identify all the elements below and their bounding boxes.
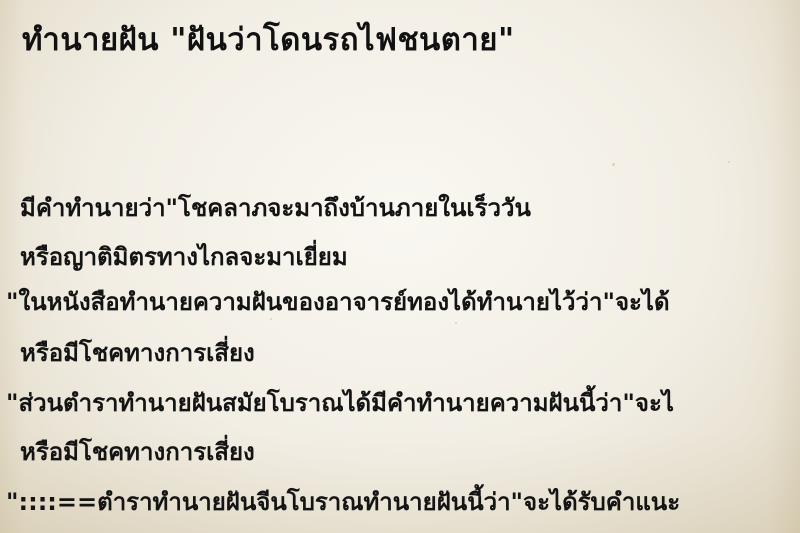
prophecy-line-1: มีคำทำนายว่า"โชคลาภจะมาถึงบ้านภายในเร็วว… [20, 196, 531, 220]
paper-speck [728, 161, 730, 163]
page-title: ทำนายฝัน "ฝันว่าโดนรถไฟชนตาย" [22, 14, 515, 64]
prophecy-line-3: "ในหนังสือทำนายความฝันของอาจารย์ทองได้ทำ… [6, 290, 670, 314]
prophecy-line-7: "::::==ตำราทำนายฝันจีนโบราณทำนายฝันนี้ว่… [6, 490, 680, 514]
paper-speck [270, 318, 272, 320]
paper-speck [455, 322, 457, 324]
prophecy-line-2: หรือญาติมิตรทางไกลจะมาเยี่ยม [20, 245, 348, 269]
prophecy-line-6: หรือมีโชคทางการเสี่ยง [20, 440, 255, 464]
paper-speck [612, 163, 615, 166]
prophecy-line-5: "ส่วนตำราทำนายฝันสมัยโบราณได้มีคำทำนายคว… [6, 391, 674, 415]
prophecy-line-4: หรือมีโชคทางการเสี่ยง [20, 341, 255, 365]
